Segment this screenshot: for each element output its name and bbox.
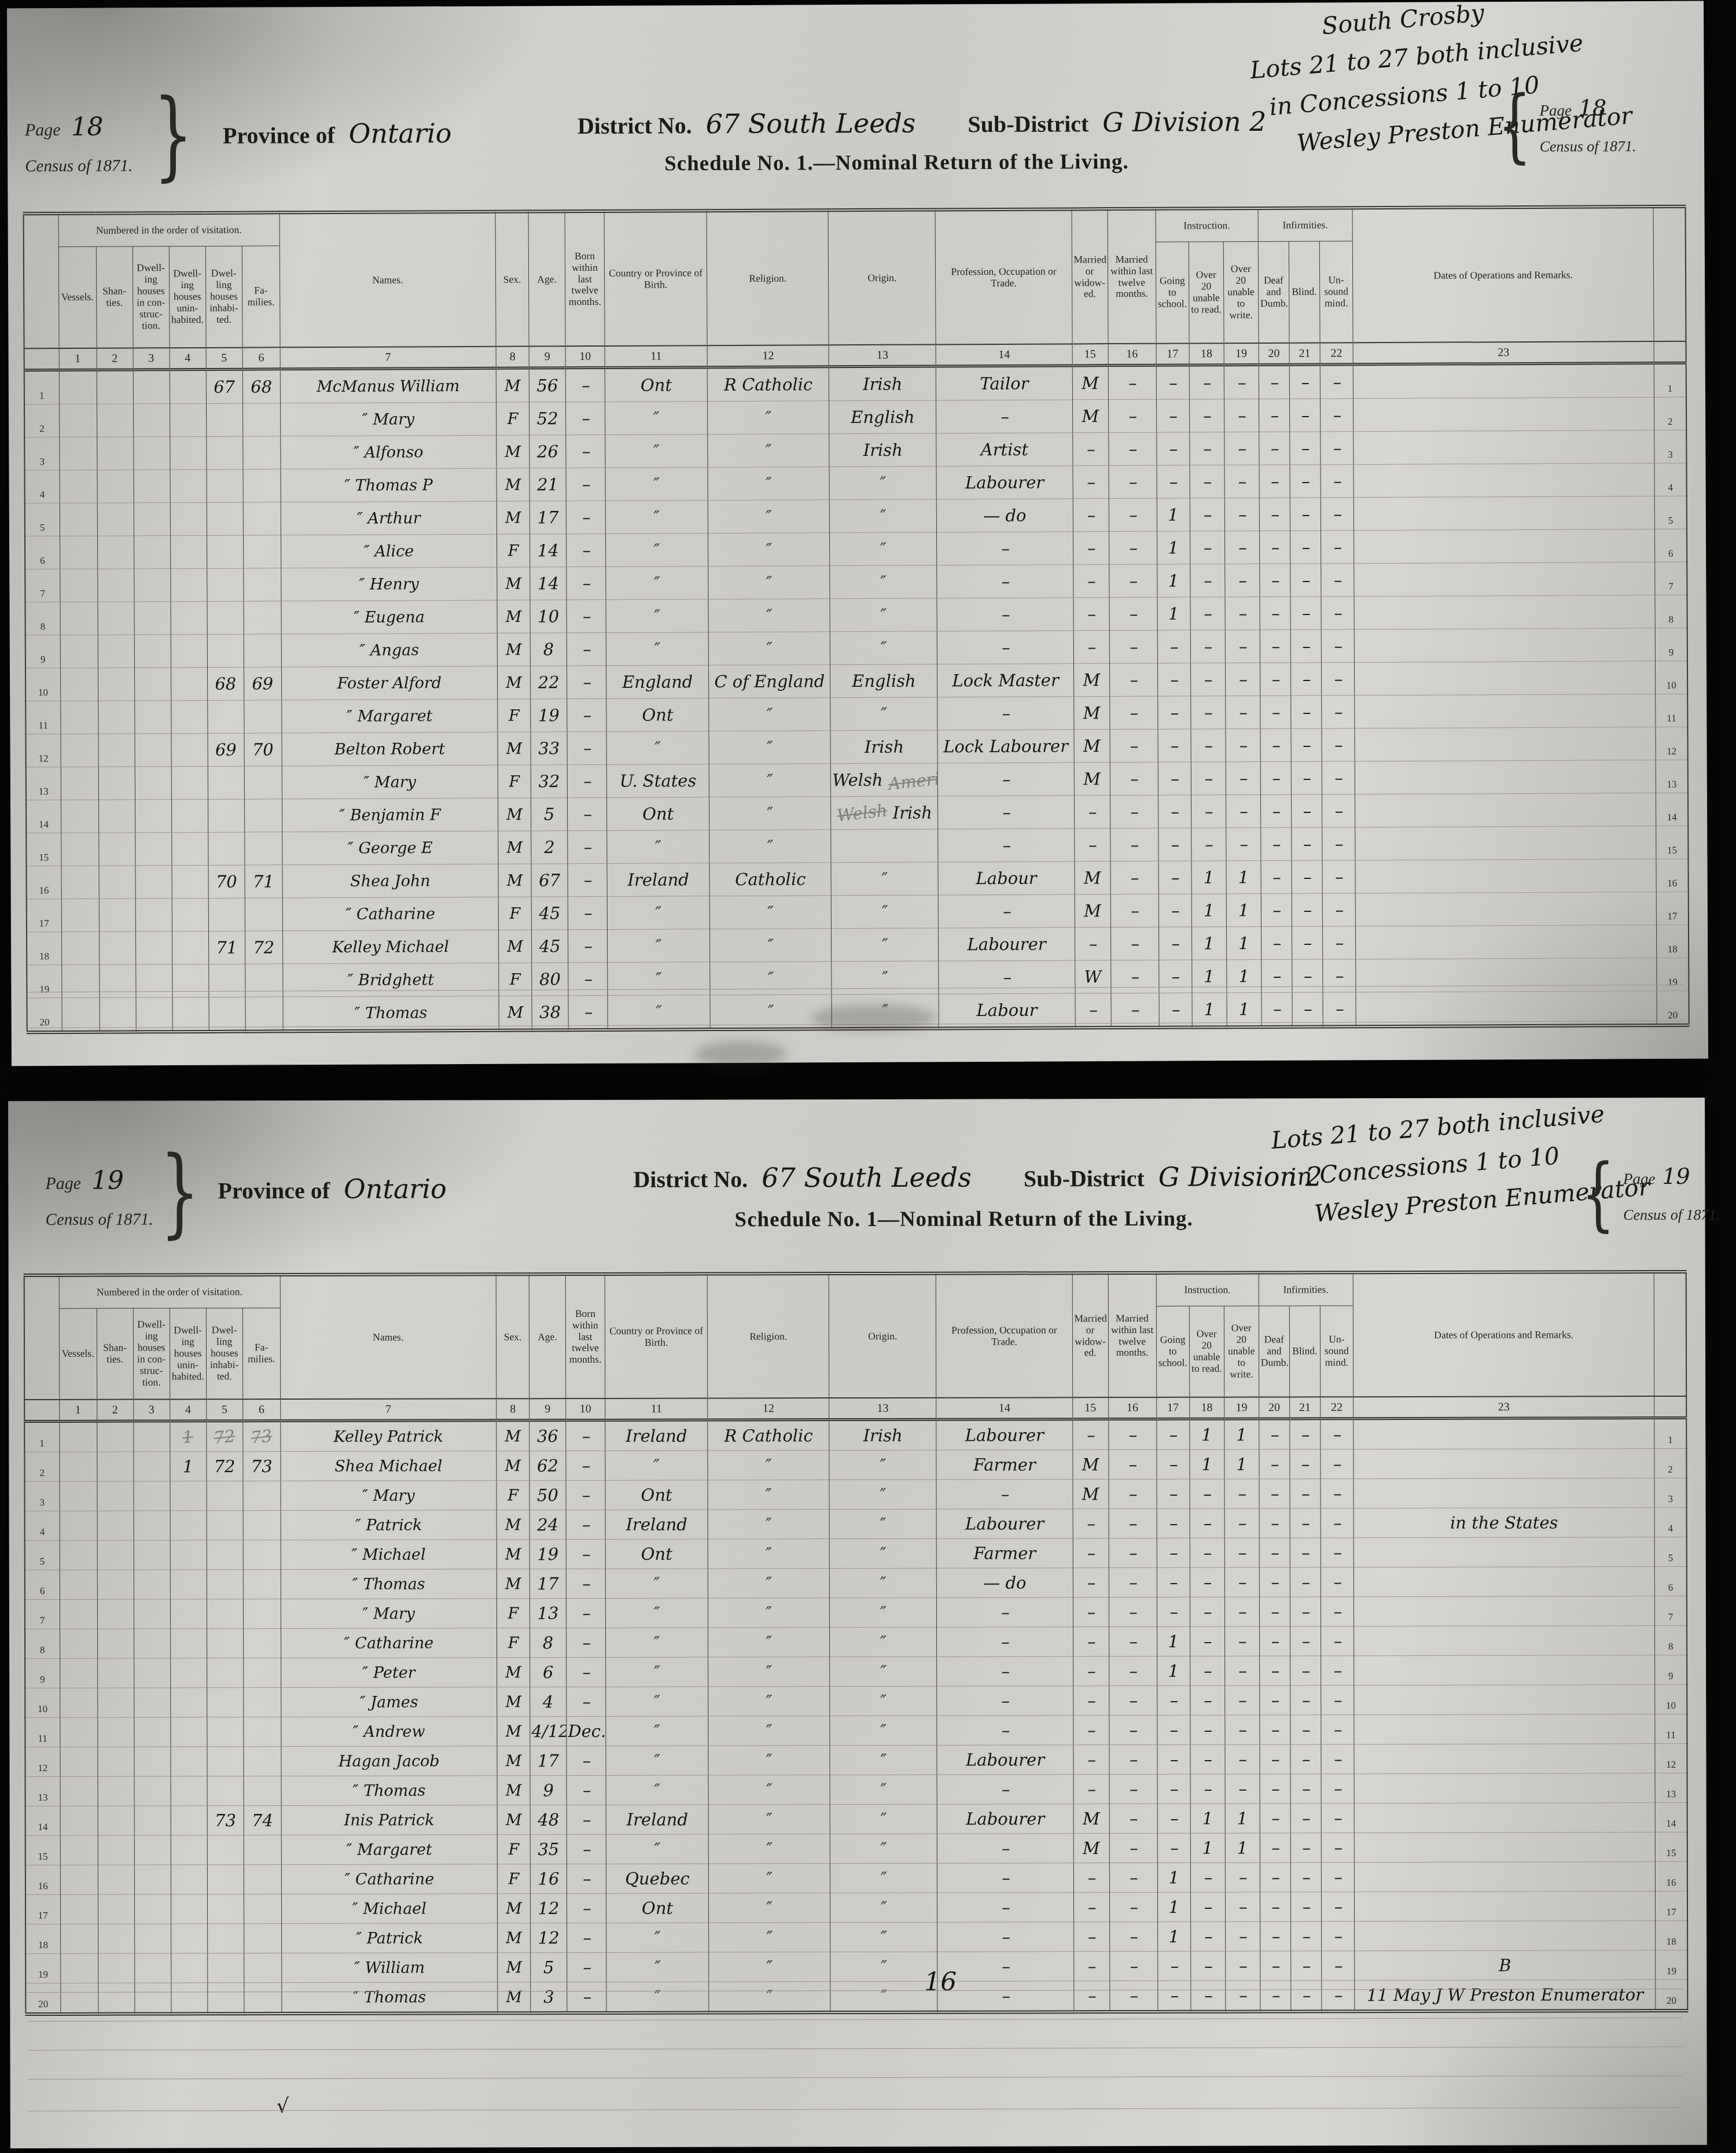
cell: –	[937, 1657, 1073, 1686]
cell: Ont	[605, 1539, 708, 1569]
cell	[1354, 1744, 1655, 1774]
cell	[207, 1570, 243, 1599]
cell: –	[1292, 926, 1322, 959]
cell: Labourer	[937, 1509, 1073, 1539]
cell: –	[1224, 1479, 1259, 1508]
cell: 1	[1191, 960, 1226, 993]
cell: –	[1225, 1951, 1260, 1981]
cell	[171, 1865, 207, 1894]
cell: ″ Thomas P	[281, 468, 496, 502]
column-number: 8	[496, 1398, 529, 1420]
cell: –	[567, 1982, 606, 2013]
cell: –	[1224, 1508, 1259, 1538]
column-header: Country or Province of Birth.	[604, 211, 707, 346]
cell	[135, 833, 171, 866]
cell: –	[1259, 465, 1290, 498]
cell	[97, 1481, 134, 1511]
cell	[59, 1452, 97, 1481]
cell: –	[1291, 761, 1322, 794]
cell: ″ Catharine	[282, 897, 498, 931]
cell	[244, 601, 281, 634]
cell: ″ Thomas	[281, 1776, 497, 1806]
cell	[97, 1570, 134, 1599]
cell: 1	[1190, 1833, 1225, 1863]
cell: –	[1321, 1656, 1354, 1685]
cell: –	[1109, 498, 1157, 531]
cell: –	[1225, 1745, 1260, 1774]
cell: ″	[605, 435, 708, 468]
column-number: 5	[206, 348, 242, 370]
cell	[207, 1747, 244, 1776]
cell: –	[1190, 1685, 1224, 1715]
cell	[1354, 661, 1656, 695]
instruction-group-header: Instruction.	[1156, 208, 1258, 242]
cell	[98, 734, 135, 767]
cell: ″	[606, 1628, 708, 1657]
cell: –	[1290, 1538, 1321, 1567]
cell: –	[568, 929, 608, 962]
cell: –	[1158, 861, 1191, 894]
cell: –	[1260, 728, 1291, 761]
row-number: 4	[1654, 463, 1686, 496]
row-number: 20	[25, 1983, 60, 2014]
cell: –	[1321, 1804, 1354, 1833]
cell: –	[1073, 1627, 1109, 1657]
cell	[207, 1658, 243, 1688]
cell	[134, 1894, 171, 1924]
cell: –	[1260, 663, 1290, 695]
cell: 71	[245, 865, 282, 898]
census-page-19: Page19 Census of 1871. } Province of Ont…	[8, 1098, 1707, 2148]
cell	[97, 470, 134, 503]
cell: ″	[830, 1952, 937, 1981]
cell: –	[1321, 1479, 1354, 1508]
cell: M	[496, 1540, 529, 1569]
cell: ″	[830, 565, 937, 599]
cell: 1	[1191, 927, 1226, 960]
column-header: Fa-milies.	[242, 1308, 280, 1400]
cell	[244, 1835, 281, 1865]
cell	[207, 1511, 243, 1540]
cell: C of England	[709, 665, 830, 698]
column-header: Age.	[528, 211, 565, 346]
cell	[1354, 1596, 1654, 1626]
column-header: Married or widow-ed.	[1072, 1273, 1108, 1397]
cell	[97, 370, 133, 404]
cell: –	[568, 896, 607, 929]
cell: ″	[606, 566, 708, 600]
cell: –	[1322, 1951, 1355, 1981]
province-line: Province of Ontario	[223, 117, 467, 150]
column-number: 21	[1289, 1397, 1320, 1419]
cell: F	[496, 1599, 529, 1628]
cell: –	[1072, 433, 1108, 466]
cell	[97, 1421, 133, 1452]
cell	[60, 1481, 97, 1511]
cell	[243, 568, 281, 601]
cell	[245, 964, 282, 997]
cell	[97, 1511, 134, 1540]
page-label: Page	[45, 1174, 81, 1193]
cell	[98, 668, 134, 701]
cell: –	[1190, 1567, 1224, 1597]
cell	[60, 1953, 98, 1983]
cell: M	[497, 1746, 530, 1776]
cell: Artist	[936, 433, 1072, 466]
row-number: 2	[1654, 1448, 1686, 1478]
cell: F	[497, 1864, 530, 1894]
column-number: 23	[1354, 1396, 1654, 1419]
column-header: Dwell-ing houses unin-habited.	[169, 246, 206, 348]
cell: M	[1073, 1480, 1109, 1509]
cell: ″ George E	[282, 831, 498, 865]
cell: –	[1190, 630, 1225, 663]
row-number: 5	[1654, 496, 1686, 529]
cell: –	[1156, 1419, 1189, 1449]
cell	[97, 536, 134, 569]
cell	[134, 1983, 171, 2014]
cell: McManus William	[280, 368, 496, 403]
cell: 1	[1157, 1892, 1190, 1922]
cell: –	[1073, 466, 1109, 499]
cell: M	[1075, 862, 1110, 895]
cell	[99, 965, 135, 998]
cell: ″	[708, 1539, 829, 1569]
cell: –	[1260, 1863, 1290, 1892]
column-header: Dwel-ling houses inhabi-ted.	[206, 1308, 242, 1400]
cell: –	[1224, 1685, 1259, 1715]
cell: –	[1259, 1656, 1290, 1685]
cell: 1	[1157, 1922, 1190, 1951]
visitation-group-header: Numbered in the order of visitation.	[59, 1275, 280, 1308]
cell: –	[1157, 1981, 1190, 2012]
cell: M	[1073, 1834, 1109, 1863]
cell: –	[1321, 1449, 1354, 1479]
row-number: 1	[1654, 363, 1686, 397]
cell	[207, 1865, 244, 1894]
cell: M	[498, 798, 531, 831]
cell: –	[1291, 1981, 1322, 2012]
cell: ″	[832, 895, 939, 929]
cell: 68	[207, 667, 244, 700]
cell: –	[1260, 1833, 1290, 1863]
cell: –	[939, 960, 1075, 994]
cell: ″	[708, 1598, 830, 1628]
cell: –	[1292, 827, 1322, 860]
row-number: 13	[26, 767, 61, 800]
cell: –	[937, 1922, 1073, 1952]
cell: W	[1075, 960, 1110, 993]
cell: –	[1109, 1833, 1157, 1863]
cell: –	[1110, 828, 1158, 861]
cell: –	[1224, 564, 1259, 597]
cell: 14	[529, 534, 566, 567]
row-number: 1	[1654, 1418, 1686, 1448]
cell: M	[496, 368, 529, 402]
cell: –	[1322, 794, 1355, 827]
cell	[243, 1658, 281, 1688]
cell: –	[1108, 1419, 1156, 1449]
cell: –	[1321, 564, 1354, 597]
schedule-title: Schedule No. 1.—Nominal Return of the Li…	[664, 149, 1129, 176]
cell: ″	[832, 961, 939, 995]
column-header: Religion.	[707, 210, 829, 345]
cell	[1354, 1891, 1655, 1922]
cell: –	[1290, 630, 1321, 663]
cell: –	[1110, 861, 1158, 894]
cell: –	[1260, 564, 1290, 597]
cell: –	[1109, 1626, 1157, 1656]
cell: 10	[530, 600, 567, 633]
row-number: 3	[24, 437, 59, 470]
cell: 73	[207, 1806, 244, 1835]
cell: 1	[1226, 893, 1261, 926]
cell: ″	[708, 1805, 830, 1834]
cell	[98, 1806, 134, 1835]
cell: ″	[605, 402, 708, 435]
cell	[1354, 463, 1655, 497]
row-number: 17	[1656, 1891, 1687, 1920]
cell: –	[1157, 1508, 1190, 1538]
cell: –	[1109, 1892, 1157, 1922]
cell: ″	[830, 1657, 937, 1686]
cell: Ireland	[605, 1420, 708, 1451]
census-of-label: Census of 1871.	[25, 156, 133, 176]
cell: –	[938, 763, 1074, 796]
cell	[98, 635, 134, 668]
cell: Irish	[829, 1419, 936, 1450]
cell: ″	[709, 698, 830, 731]
cell: –	[1157, 1449, 1190, 1479]
cell	[171, 1747, 207, 1776]
cell: M	[498, 831, 531, 864]
census-row: 16″ CatharineF16–Quebec″″–––1–––––16	[25, 1861, 1687, 1894]
column-header: Going to school.	[1156, 1306, 1189, 1397]
cell: –	[1225, 1892, 1260, 1922]
cell: 1	[1157, 1656, 1190, 1685]
cell: –	[1190, 564, 1224, 597]
column-header: Dates of Operations and Remarks.	[1352, 207, 1654, 343]
cell	[97, 404, 133, 437]
cell: –	[1224, 432, 1259, 465]
census-row: 11″ AndrewM4/12Dec.″″″–––––––––11	[25, 1714, 1687, 1747]
cell: –	[937, 697, 1073, 730]
cell: –	[1321, 465, 1354, 498]
cell: –	[1321, 663, 1354, 695]
cell: M	[498, 930, 531, 963]
cell: M	[1072, 366, 1108, 400]
cell: –	[566, 468, 605, 500]
cell: –	[1157, 465, 1190, 498]
cell: –	[1109, 1479, 1157, 1508]
cell: –	[1190, 1892, 1225, 1922]
cell: M	[1073, 1804, 1109, 1834]
cell: M	[496, 1451, 529, 1481]
cell: –	[1109, 597, 1157, 630]
cell	[170, 1658, 207, 1688]
cell: Irish	[829, 366, 936, 401]
cell	[170, 469, 207, 502]
cell	[98, 1894, 134, 1924]
cell: M	[498, 732, 531, 765]
cell: M	[496, 501, 529, 534]
cell: 1	[1157, 531, 1190, 564]
column-header: Vessels.	[58, 246, 97, 348]
cell: –	[1074, 796, 1110, 829]
cell: Labourer	[937, 1745, 1073, 1775]
cell: ″ Patrick	[281, 1923, 497, 1953]
cell: ″	[608, 962, 710, 996]
cell: Shea John	[282, 864, 498, 898]
cell: –	[1224, 465, 1259, 498]
cell: — do	[937, 1568, 1073, 1598]
cell: 12	[530, 1894, 567, 1923]
district-line: District No. 67 South Leeds Sub-District…	[633, 1161, 1337, 1194]
cell	[97, 1658, 134, 1688]
column-number: 19	[1224, 343, 1259, 365]
cell	[61, 734, 98, 767]
page-number: 18	[1579, 95, 1607, 120]
row-number: 6	[25, 1570, 60, 1599]
row-number: 10	[25, 1688, 60, 1717]
cell: –	[1226, 761, 1260, 794]
cell: ″	[708, 1451, 829, 1480]
cell: –	[568, 962, 608, 995]
row-number: 13	[1656, 760, 1687, 793]
cell: –	[1109, 630, 1157, 663]
cell: –	[1290, 1863, 1321, 1892]
cell	[133, 370, 170, 404]
column-header: Married within last twelve months.	[1108, 1273, 1156, 1397]
cell: ″	[709, 797, 831, 830]
cell: ″	[606, 1746, 708, 1775]
cell	[1354, 1478, 1654, 1508]
cell: –	[1290, 1833, 1321, 1863]
cell: 19	[531, 699, 567, 732]
row-number: 16	[25, 1865, 60, 1894]
cell: 1	[1190, 1804, 1225, 1833]
column-number: 7	[280, 1398, 496, 1420]
cell	[59, 404, 97, 437]
cell: –	[1156, 365, 1189, 399]
row-number: 14	[26, 800, 61, 833]
cell: 48	[530, 1805, 567, 1835]
cell	[208, 898, 245, 931]
cell: –	[1292, 860, 1322, 893]
cell: –	[1073, 1686, 1109, 1716]
cell: –	[1260, 794, 1291, 827]
cell: –	[1259, 1479, 1290, 1508]
cell	[60, 1717, 97, 1747]
cell: –	[1189, 432, 1224, 465]
cell: ″	[830, 1775, 937, 1804]
cell: –	[567, 1952, 606, 1982]
cell: –	[1322, 728, 1355, 761]
district-label: District No.	[578, 112, 692, 139]
cell	[207, 502, 243, 535]
cell: –	[1190, 696, 1225, 729]
cell	[134, 635, 171, 668]
cell: –	[1190, 1951, 1225, 1981]
cell: –	[1259, 1626, 1290, 1656]
cell: 1	[1225, 1833, 1260, 1863]
cell	[60, 1835, 98, 1865]
cell: –	[937, 598, 1073, 631]
cell	[98, 602, 134, 635]
cell: Ont	[606, 1893, 709, 1923]
cell: M	[498, 1923, 531, 1953]
cell	[1354, 1832, 1655, 1863]
cell	[171, 733, 208, 766]
cell: –	[1224, 1626, 1259, 1656]
schedule-title: Schedule No. 1—Nominal Return of the Liv…	[734, 1206, 1193, 1232]
cell: ″ Alice	[281, 534, 496, 568]
cell: –	[1158, 762, 1191, 795]
cell: –	[1290, 1567, 1321, 1597]
cell: –	[1260, 761, 1291, 794]
cell: –	[1291, 794, 1322, 827]
row-number: 2	[24, 404, 59, 437]
cell: 62	[529, 1451, 566, 1481]
cell: –	[936, 400, 1072, 433]
cell: –	[1224, 531, 1259, 564]
cell	[171, 700, 207, 733]
cell: Ont	[605, 367, 707, 402]
province-label: Province of	[218, 1177, 330, 1204]
census-row: 147374Inis PatrickM48–Ireland″″LabourerM…	[25, 1802, 1687, 1835]
census-row: 3″ MaryF50–Ont″″–M–––––––3	[24, 1478, 1686, 1511]
district-value: 67 South Leeds	[762, 1162, 972, 1194]
cell	[170, 568, 207, 601]
cell: –	[1190, 498, 1224, 531]
cell: –	[566, 1480, 605, 1510]
cell	[244, 832, 282, 865]
cell	[171, 634, 207, 667]
cell: –	[1073, 1893, 1109, 1922]
cell: ″	[605, 1598, 708, 1628]
cell: –	[565, 367, 605, 402]
cell: ″ Benjamin F	[282, 798, 498, 832]
subdistrict-label: Sub-District	[968, 111, 1088, 137]
cell: –	[1157, 1833, 1190, 1863]
cell: –	[1290, 1597, 1321, 1626]
cell: M	[1072, 1450, 1108, 1480]
cell: 73	[243, 1452, 281, 1481]
cell: ″ Andrew	[281, 1717, 497, 1747]
cell: M	[496, 1510, 529, 1540]
cell: 45	[531, 930, 568, 963]
cell	[97, 1717, 134, 1747]
cell: –	[1290, 1685, 1321, 1715]
province-value: Ontario	[349, 117, 452, 149]
cell	[244, 1894, 281, 1924]
row-number: 15	[1656, 826, 1688, 859]
cell	[134, 701, 171, 734]
cell: –	[1073, 1981, 1109, 2012]
cell: –	[1259, 432, 1290, 465]
cell	[244, 700, 281, 733]
cell: Lock Master	[937, 664, 1073, 697]
cell: Ireland	[606, 1805, 708, 1834]
column-header: Dates of Operations and Remarks.	[1353, 1272, 1654, 1397]
cell: –	[566, 1451, 605, 1480]
cell: –	[937, 1716, 1073, 1745]
cell: –	[1321, 498, 1354, 531]
ruled-line	[28, 2075, 1683, 2080]
cell	[98, 1924, 134, 1953]
census-row: 20″ ThomasM3–″″″–––––––––11 May J W Pres…	[25, 1979, 1687, 2014]
cell	[60, 602, 98, 635]
